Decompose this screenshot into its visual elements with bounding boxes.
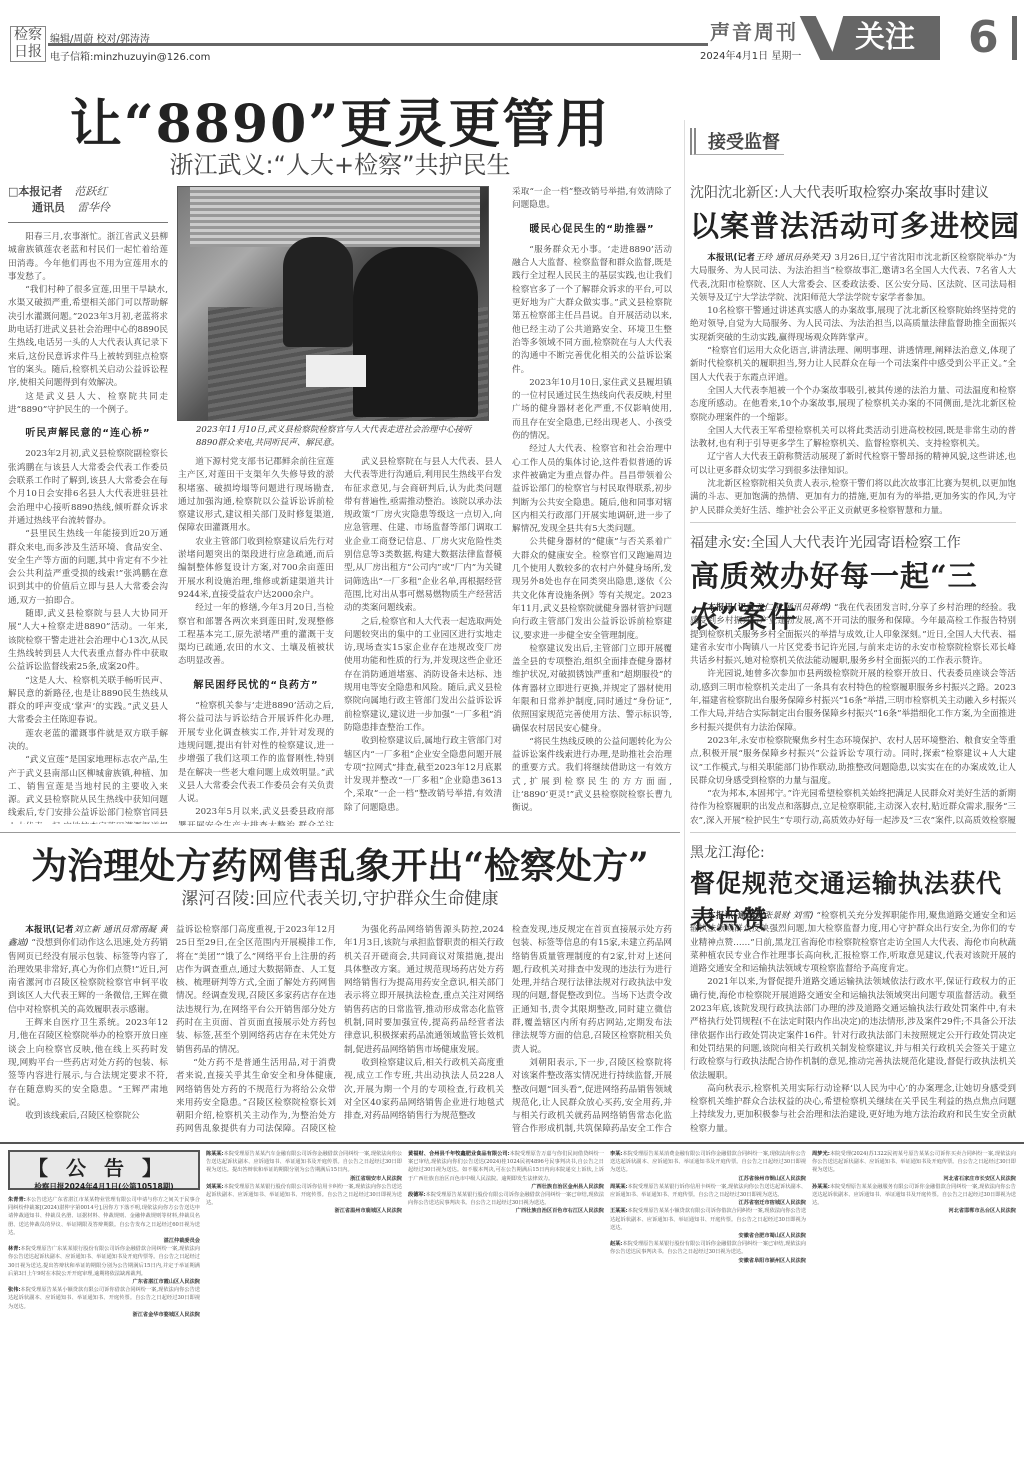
- notice-party: 赵某:: [610, 1241, 622, 1247]
- column-section-tag: 接受监督: [690, 128, 784, 155]
- paragraph: 收到该线索后,召陵区检察院公: [8, 1110, 168, 1123]
- notice-date: 检察日报2024年4月1日(公第10518期): [10, 1181, 198, 1192]
- paragraph: 采取“一企一档”整改销号举措,有效清除了问题隐患。: [512, 186, 672, 213]
- paragraph: 2021年以来,为督促提升道路交通运输执法领域依法行政水平,保证行政权力的正确行…: [690, 976, 1016, 1082]
- notice-text: 本院受理(2024)苏1322民初某号原告某某公司诉你买卖合同纠纷一案,现依法向…: [812, 1151, 1016, 1173]
- paragraph: 2023年10月10日,家住武义县履坦镇的一位村民通过民生热线向代表反映,村里广…: [512, 377, 672, 443]
- paragraph: 农业主管部门收到检察建议后先行对淤堵问题突出的渠段进行应急疏通,而后编制整体修复…: [178, 536, 334, 602]
- paragraph: “这是人大、检察机关联手畅听民声、解民意的新路径,也是让8890民生热线从群众的…: [8, 675, 168, 728]
- notice-text: 本院受理原告某某小额贷款有限公司诉你借款合同纠纷一案,现依法向你公告送达起诉状副…: [8, 1287, 200, 1309]
- article2-column-4: 检查发现,违反规定在首页直接展示处方药包装、标签等信息的有15家,未建立药品网络…: [512, 924, 672, 1136]
- notice-text: 本院受理原告某某消费金融有限公司诉你金融借款合同纠纷一案,现依法向你公告送达起诉…: [610, 1151, 806, 1173]
- notice-court: 浙江省温州市鹿城区人民法院: [206, 1207, 402, 1215]
- lead-names: 张景财 刘雪): [764, 911, 814, 921]
- article2-column-2: 益诉讼检察部门高度重视,于2023年12月25日至29日,在全区范围内开展模排工…: [176, 924, 336, 1136]
- paragraph: 检查发现,违反规定在首页直接展示处方药包装、标签等信息的有15家,未建立药品网络…: [512, 924, 672, 1057]
- notice-column-1: 朱青青:本公告送达广东省湛江市某某物业管理有限公司申请与你方之间关于民事合同纠纷…: [8, 1196, 200, 1468]
- paragraph: 为强化药品网络销售源头防控,2024年1月3日,该院与承担监督职责的相关行政机关…: [344, 924, 504, 1057]
- story3-subtitle: 黑龙江海伦:: [690, 842, 765, 862]
- horizontal-rule: [0, 832, 680, 833]
- article2-title: 为治理处方药网售乱象开出“检察处方”: [0, 838, 680, 889]
- column-divider: [684, 120, 685, 1070]
- paragraph: 阳春三月,农事渐忙。浙江省武义县柳城畲族镇莲农老蓝和村民们一起忙着给莲田消毒。今…: [8, 231, 168, 284]
- paragraph: “检察机关参与‘走进8890’活动之后,将公益司法与诉讼结合开展诉件化办理,开展…: [178, 700, 334, 806]
- paragraph: 收到检察建议后,属地行政主管部门对辖区内“一厂多租”企业安全隐患问题开展专项“拉…: [344, 735, 502, 815]
- notice-item: 段德军:本院受理原告某某银行股份有限公司诉你金融借款合同纠纷一案已审结,现依法向…: [408, 1191, 604, 1207]
- notice-item: 朱青青:本公告送达广东省湛江市某某物业管理有限公司申请与你方之间关于民事合同纠纷…: [8, 1196, 200, 1237]
- lead-names: 王玲 通讯员孙笑天): [755, 253, 831, 263]
- story2-subtitle: 福建永安:全国人大代表许光园寄语检察工作: [690, 532, 961, 552]
- notice-party: 孙某某:: [812, 1184, 830, 1190]
- paragraph: “县里民生热线一年能接到近20万通群众来电,而多涉及生活环境、食品安全、安全生产…: [8, 528, 168, 608]
- paragraph: 全国人大代表李旭被一个个办案故事吸引,被其传递的法治力量、司法温度和检察态度所感…: [690, 385, 1016, 425]
- paragraph: 本报讯(通讯员张景财 刘雪) “检察机关充分发挥职能作用,聚焦道路交通安全和运输…: [690, 910, 1016, 976]
- notice-text: 本院受理原告某某银行股份有限公司诉你信用卡纠纷一案,现依法向你公告送达起诉状副本…: [206, 1184, 402, 1206]
- paragraph: “将民生热线反映的公益问题转化为公益诉讼案件线索进行办理,是助推社会治理的重要方…: [512, 736, 672, 816]
- photo-blinds: [190, 187, 480, 247]
- issue-date: 2024年4月1日 星期一: [700, 47, 801, 62]
- notice-court: 浙江省金华市婺城区人民法院: [8, 1311, 200, 1319]
- lead-text: “没想到你们动作这么迅速,处方药销售网页已经没有展示包装、标签等内容了,治理效果…: [8, 938, 168, 1014]
- header-bar-decoration: [1012, 16, 1017, 60]
- lead-label: 本报讯(记者: [707, 603, 755, 613]
- notice-court: 江苏省徐州市铜山区人民法院: [610, 1175, 806, 1183]
- reporter-label: □本报记者: [8, 185, 62, 198]
- notice-court: 湛江仲裁委员会: [8, 1237, 200, 1245]
- paragraph: 这是武义县人大、检察院共同走进“8890”守护民生的一个例子。: [8, 391, 168, 418]
- paragraph: 沈北新区检察院相关负责人表示,检察干警们将以此次故事汇比赛为契机,以更加饱满的斗…: [690, 478, 1016, 514]
- article1-column-4: 采取“一企一档”整改销号举措,有效清除了问题隐患。 暖民心促民生的“助推器” “…: [512, 186, 672, 826]
- paragraph: 10名检察干警通过讲述真实感人的办案故事,展现了沈北新区检察院始终坚持党的绝对领…: [690, 305, 1016, 345]
- photo-paper: [306, 355, 366, 387]
- article2-subtitle: 漯河召陵:回应代表关切,守护群众生命健康: [0, 884, 680, 909]
- paragraph: 本报讯(记者刘立新 通讯员常雨凝 黄鑫迪) “没想到你们动作这么迅速,处方药销售…: [8, 924, 168, 1017]
- paragraph: 2023年5月以来,武义县委县政府部署开展安全生产大排查大整治,群众关注到工业园…: [178, 806, 334, 826]
- notice-court: 广西壮族自治区金州县人民法院: [408, 1183, 604, 1191]
- lead-label: 本报讯(记者: [707, 253, 755, 263]
- notice-text: 本院受理原告某某银行诉你信用卡纠纷一案,现依法向你公告送达起诉状副本、应诉通知书…: [610, 1184, 806, 1198]
- paragraph: 检察建议发出后,主管部门立即开展覆盖全县的专项整治,组织全面排查健身器材维护状况…: [512, 643, 672, 736]
- notice-top-rule: [0, 1142, 1024, 1144]
- notice-text: 本院受理原告某某银行股份有限公司诉你金融借款合同纠纷一案已审结,现依法向你公告送…: [610, 1241, 806, 1255]
- story3-body: 本报讯(通讯员张景财 刘雪) “检察机关充分发挥职能作用,聚焦道路交通安全和运输…: [690, 910, 1016, 1135]
- paragraph: 莲农老蓝的灌溉事件就是双方联手解决的。: [8, 728, 168, 755]
- notice-court: 河北省石家庄市长安区人民法院: [812, 1175, 1016, 1183]
- paragraph: 全国人大代表王军希望检察机关可以将此类活动引进高校校园,既是非常生动的普法教材,…: [690, 425, 1016, 452]
- story1-lead: 本报讯(记者王玲 通讯员孙笑天): [707, 253, 831, 263]
- notice-party: 李某:: [610, 1151, 622, 1157]
- notice-text: 本院受理原告某某小额贷款有限公司诉你借款合同纠纷一案,现依法向你公告送达起诉状副…: [610, 1208, 806, 1230]
- paragraph: “检察官们运用大众化语言,讲清法理、阐明事理、讲透情理,阐释法治意义,体现了新时…: [690, 345, 1016, 385]
- paragraph: 2023年,永安市检察院聚焦乡村生态环境保护、农村人居环境整治、粮食安全等重点,…: [690, 735, 1016, 788]
- legal-notices-section: 【公告】 检察日报2024年4月1日(公第10518期) 朱青青:本公告送达广东…: [0, 1142, 1024, 1473]
- email-line: 电子信箱:minzhuzuyin@126.com: [50, 48, 210, 63]
- notice-party: 林青:: [8, 1246, 20, 1252]
- notice-item: 黄福财、合州县千年牧鑫肥业食品有限公司:本院受理原告万嘉与你们民间借贷纠纷一案已…: [408, 1150, 604, 1183]
- page-header: 检察日报 编辑/周蔚 校对/郭涛涛 电子信箱:minzhuzuyin@126.c…: [0, 0, 1024, 60]
- paragraph: 道下源村党支部书记郡鲜余前往宣莲主产区,对莲田干支渠年久失修导致的淤积堵塞、破损…: [178, 456, 334, 536]
- correspondent-label: 通讯员: [32, 201, 65, 214]
- header-rule: [48, 43, 708, 46]
- horizontal-rule: [690, 522, 1016, 523]
- notice-item: 李某:本院受理原告某某消费金融有限公司诉你金融借款合同纠纷一案,现依法向你公告送…: [610, 1150, 806, 1175]
- paragraph: 收到检察建议后,相关行政机关高度重视,成立工作专班,共出动执法人员228人次,开…: [344, 1057, 504, 1123]
- paragraph: “处方药不是普通生活用品,对于消费者来说,直接关乎其生命安全和身体健康,网络销售…: [176, 1057, 336, 1136]
- story2-lead: 本报讯(记者张仁平 通讯员蒋烨): [707, 603, 831, 613]
- notice-column-3: 黄福财、合州县千年牧鑫肥业食品有限公司:本院受理原告万嘉与你们民间借贷纠纷一案已…: [408, 1150, 604, 1468]
- paragraph: 2023年2月初,武义县检察院副检察长张鸿鹏在与该县人大常委会代表工作委员会联系…: [8, 448, 168, 528]
- notice-party: 刘某某:: [206, 1184, 224, 1190]
- article1-column-2: 道下源村党支部书记郡鲜余前往宣莲主产区,对莲田干支渠年久失修导致的淤积堵塞、破损…: [178, 456, 334, 826]
- paragraph: “服务群众无小事。‘走进8890’活动融合人大监督、检察监督和群众监督,既是践行…: [512, 244, 672, 377]
- notice-text: 本院受理原告某某汽车金融有限公司诉你金融借款合同纠纷一案,现依法向你公告送达起诉…: [206, 1151, 402, 1173]
- reporter-name: 范跃红: [74, 185, 107, 198]
- notice-item: 张伟:本院受理原告某某小额贷款有限公司诉你借款合同纠纷一案,现依法向你公告送达起…: [8, 1286, 200, 1311]
- section-tag: 关注: [830, 16, 940, 60]
- notice-item: 孙某某:本院受理原告某某金融服务有限公司诉你金融借款合同纠纷一案,现依法向你公告…: [812, 1183, 1016, 1208]
- paragraph: 王辉来自医疗卫生系统。2023年12月,他在召陵区检察院举办的检察开放日座谈会上…: [8, 1017, 168, 1110]
- photo-caption: 2023年11月10日,武义县检察院检察官与人大代表走进社会治理中心接听8890…: [196, 424, 486, 450]
- weekly-name: 声音周刊: [710, 16, 798, 45]
- notice-text: 本公告送达广东省湛江市某某物业管理有限公司申请与你方之间关于民事合同纠纷仲裁案[…: [8, 1197, 200, 1236]
- notice-text: 本院受理原告广东某某银行股份有限公司诉你金融借款合同纠纷一案,现依法向你公告送达…: [8, 1246, 200, 1277]
- section-heading: 听民声解民意的“连心桥”: [8, 427, 168, 440]
- notice-text: 本院受理原告某某银行股份有限公司诉你金融借款合同纠纷一案已审结,现依法向你公告送…: [408, 1192, 604, 1206]
- paragraph: 公共健身器材的“健康”与否关系着广大群众的健康安全。检察官们又跑遍周边几个使用人…: [512, 536, 672, 642]
- paragraph: 刘朝阳表示,下一步,召陵区检察院将对该案件整改落实情况进行持续监督,开展整改问题…: [512, 1057, 672, 1136]
- notice-party: 王某某:: [610, 1208, 628, 1214]
- article2-column-3: 为强化药品网络销售源头防控,2024年1月3日,该院与承担监督职责的相关行政机关…: [344, 924, 504, 1136]
- lead-label: 本报讯(记者: [25, 925, 74, 935]
- notice-court: 江苏省宿迁市宿城区人民法院: [610, 1199, 806, 1207]
- article1-photo: [177, 186, 489, 421]
- paragraph: “我们村种了很多宣莲,田里干旱缺水,水渠又破损严重,希望相关部门可以帮助解决引水…: [8, 284, 168, 390]
- correspondent-name: 雷华伶: [77, 201, 110, 214]
- notice-party: 黄福财、合州县千年牧鑫肥业食品有限公司:: [408, 1151, 510, 1157]
- paragraph: 随即,武义县检察院与县人大协同开展“人大+检察走进8890”活动。一年来,该院检…: [8, 608, 168, 674]
- paragraph: 益诉讼检察部门高度重视,于2023年12月25日至29日,在全区范围内开展模排工…: [176, 924, 336, 1057]
- photo-person-writing: [353, 247, 478, 417]
- notice-party: 张伟:: [8, 1287, 20, 1293]
- paragraph: 高向秋表示,检察机关用实际行动诠释‘以人民为中心’的办案理念,让她切身感受到检察…: [690, 1083, 1016, 1135]
- newspaper-logo: 检察日报: [10, 26, 46, 62]
- notice-court: 河北省邯郸市丛台区人民法院: [812, 1207, 1016, 1215]
- article1-column-3: 武义县检察院在与县人大代表、县人大代表等进行沟通后,利用民生热线平台发布征求意见…: [344, 456, 502, 826]
- story1-title: 以案普法活动可多进校园: [690, 204, 1020, 245]
- story1-body: 本报讯(记者王玲 通讯员孙笑天) 3月26日,辽宁省沈阳市沈北新区检察院举办“为…: [690, 252, 1016, 514]
- notice-party: 陈某某:: [206, 1151, 224, 1157]
- notice-court: 浙江省瑞安市人民法院: [206, 1175, 402, 1183]
- paragraph: 本报讯(记者张仁平 通讯员蒋烨) “我在代表团发言时,分享了乡村治理的经验。我感…: [690, 602, 1016, 668]
- lead-label: 本报讯(通讯员: [707, 911, 764, 921]
- article1-subtitle: 浙江武义:“人大+检察”共护民生: [0, 145, 680, 180]
- paragraph: 武义县检察院在与县人大代表、县人大代表等进行沟通后,利用民生热线平台发布征求意见…: [344, 456, 502, 616]
- notice-party: 周梦光:: [812, 1151, 830, 1157]
- notice-column-4: 李某:本院受理原告某某消费金融有限公司诉你金融借款合同纠纷一案,现依法向你公告送…: [610, 1150, 806, 1468]
- paragraph: 经过人大代表、检察官和社会治理中心工作人员的集体讨论,这件看似普通的诉求件被确定…: [512, 443, 672, 536]
- photo-person-headset: [283, 237, 353, 347]
- paragraph: “农为邦本,本固邦宁。”许光园希望检察机关始终把满足人民群众对美好生活的新期待作…: [690, 788, 1016, 824]
- section-heading: 解民困纾民忧的“良药方”: [178, 679, 334, 692]
- notice-party: 段德军:: [408, 1192, 426, 1198]
- notice-column-2: 陈某某:本院受理原告某某汽车金融有限公司诉你金融借款合同纠纷一案,现依法向你公告…: [206, 1150, 402, 1468]
- notice-item: 陈某某:本院受理原告某某汽车金融有限公司诉你金融借款合同纠纷一案,现依法向你公告…: [206, 1150, 402, 1175]
- story1-subtitle: 沈阳沈北新区:人大代表听取检察办案故事时建议: [690, 182, 989, 202]
- paragraph: 辽宁省人大代表王蔚称赞活动展现了新时代检察干警昂扬的精神风貌,这些讲述,也可以让…: [690, 451, 1016, 478]
- notice-item: 周某某:本院受理原告某某银行诉你信用卡纠纷一案,现依法向你公告送达起诉状副本、应…: [610, 1183, 806, 1199]
- paragraph: 之后,检察官和人大代表一起选取两处问题较突出的集中的工业园区进行实地走访,现场查…: [344, 616, 502, 736]
- paragraph: “武义宣莲”是国家地理标志农产品,生产于武义县南部山区柳城畲族镇,种植、加工、销…: [8, 754, 168, 824]
- horizontal-rule: [690, 832, 1016, 833]
- notice-header-box: 【公告】 检察日报2024年4月1日(公第10518期): [8, 1150, 200, 1190]
- header-slash-decoration: [800, 16, 837, 60]
- article2-column-1: 本报讯(记者刘立新 通讯员常雨凝 黄鑫迪) “没想到你们动作这么迅速,处方药销售…: [8, 924, 168, 1136]
- article1-column-1: □本报记者范跃红 通讯员雷华伶 阳春三月,农事渐忙。浙江省武义县柳城畲族镇莲农老…: [8, 184, 168, 824]
- notice-item: 王某某:本院受理原告某某小额贷款有限公司诉你借款合同纠纷一案,现依法向你公告送达…: [610, 1207, 806, 1232]
- notice-court: 广西壮族自治区百色市右江区人民法院: [408, 1207, 604, 1215]
- notice-party: 周某某:: [610, 1184, 628, 1190]
- notice-item: 周梦光:本院受理(2024)苏1322民初某号原告某某公司诉你买卖合同纠纷一案,…: [812, 1150, 1016, 1175]
- story3-lead: 本报讯(通讯员张景财 刘雪): [707, 911, 813, 921]
- paragraph: 许光园说,她曾多次参加市县两级检察院开展的检察开放日、代表委员座谈会等活动,感到…: [690, 668, 1016, 734]
- notice-court: 安徽省阜阳市颍州区人民法院: [610, 1257, 806, 1265]
- notice-item: 刘某某:本院受理原告某某银行股份有限公司诉你信用卡纠纷一案,现依法向你公告送达起…: [206, 1183, 402, 1208]
- notice-court: 广东省湛江市霞山区人民法院: [8, 1278, 200, 1286]
- article1-byline: □本报记者范跃红 通讯员雷华伶: [8, 184, 168, 223]
- section-heading: 暖民心促民生的“助推器”: [512, 223, 672, 236]
- notice-item: 赵某:本院受理原告某某银行股份有限公司诉你金融借款合同纠纷一案已审结,现依法向你…: [610, 1240, 806, 1256]
- notice-column-5: 周梦光:本院受理(2024)苏1322民初某号原告某某公司诉你买卖合同纠纷一案,…: [812, 1150, 1016, 1468]
- paragraph: 经过一年的修缮,今年3月20日,当检察官和部署各两次来到莲田时,发现整修工程基本…: [178, 602, 334, 668]
- notice-court: 安徽省合肥市蜀山区人民法院: [610, 1232, 806, 1240]
- notice-text: 本院受理原告某某金融服务有限公司诉你金融借款合同纠纷一案,现依法向你公告送达起诉…: [812, 1184, 1016, 1206]
- notice-item: 林青:本院受理原告广东某某银行股份有限公司诉你金融借款合同纠纷一案,现依法向你公…: [8, 1245, 200, 1278]
- lead-names: 张仁平 通讯员蒋烨): [755, 603, 831, 613]
- paragraph: 本报讯(记者王玲 通讯员孙笑天) 3月26日,辽宁省沈阳市沈北新区检察院举办“为…: [690, 252, 1016, 305]
- story2-body: 本报讯(记者张仁平 通讯员蒋烨) “我在代表团发言时,分享了乡村治理的经验。我感…: [690, 602, 1016, 824]
- notice-title: 【公告】: [10, 1152, 198, 1181]
- notice-party: 朱青青:: [8, 1197, 26, 1203]
- page-number: 6: [968, 12, 999, 63]
